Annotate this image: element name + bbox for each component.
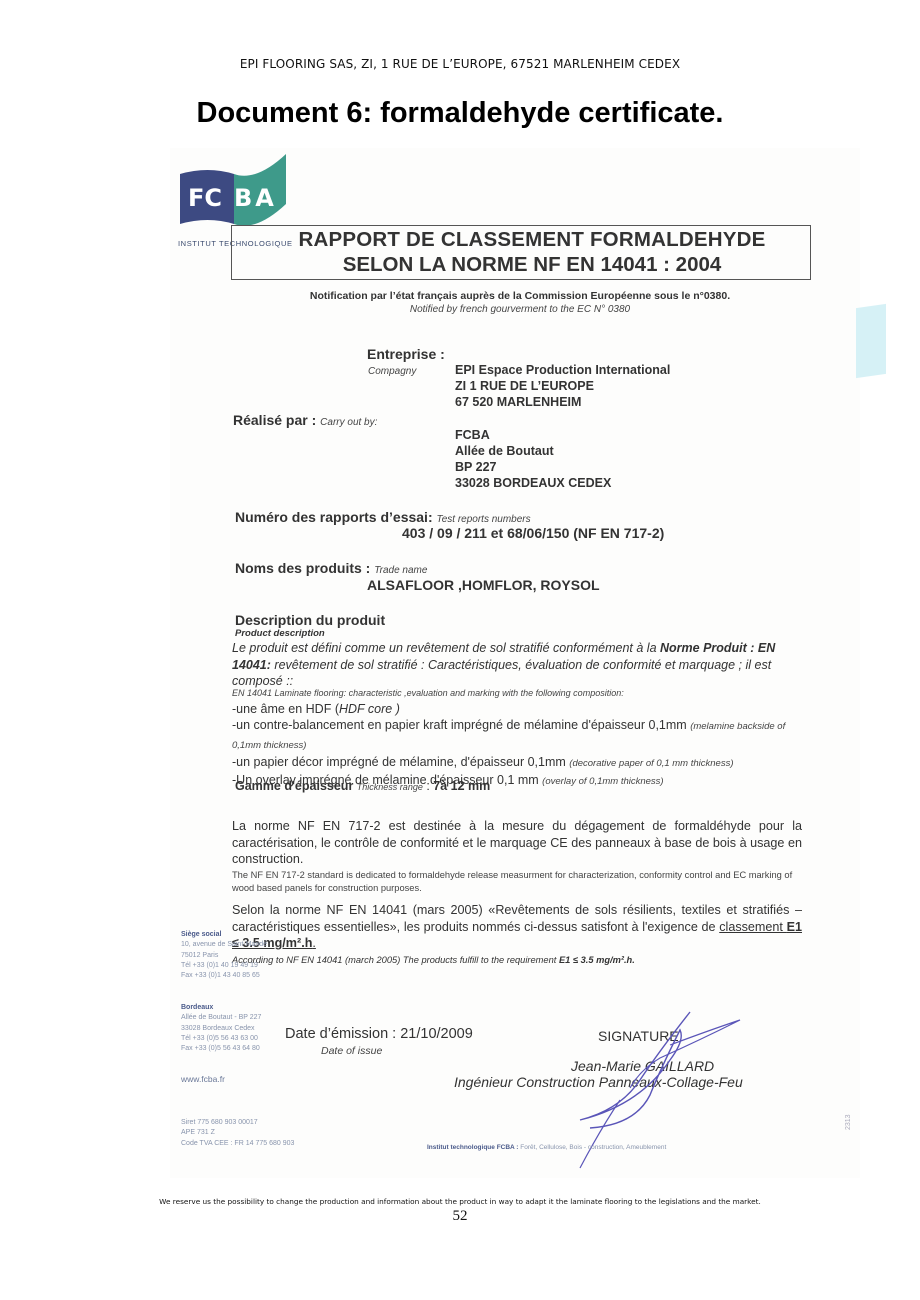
company-name: EPI Espace Production International bbox=[455, 362, 670, 378]
realise-label-en: Carry out by: bbox=[320, 417, 377, 428]
composition-text: -un contre-balancement en papier kraft i… bbox=[232, 718, 690, 732]
products: Noms des produits : Trade name bbox=[235, 560, 427, 576]
realise-label: Réalisé par : bbox=[233, 412, 316, 428]
legal-line: Siret 775 680 903 00017 bbox=[181, 1118, 294, 1128]
entreprise-label: Entreprise : bbox=[367, 346, 445, 362]
siege-line: Tél +33 (0)1 40 19 49 19 bbox=[181, 961, 267, 971]
legal-line: APE 731 Z bbox=[181, 1128, 294, 1138]
institut-footer: Institut technologique FCBA : Forêt, Cel… bbox=[427, 1144, 666, 1151]
test-reports: Numéro des rapports d’essai: Test report… bbox=[235, 509, 531, 525]
thickness-sep: : bbox=[423, 779, 433, 793]
description-text-end: revêtement de sol stratifié : Caractéris… bbox=[232, 658, 771, 689]
bordeaux-line: Fax +33 (0)5 56 43 64 80 bbox=[181, 1044, 261, 1054]
company-address: EPI Espace Production International ZI 1… bbox=[455, 362, 670, 410]
lab-bp: BP 227 bbox=[455, 459, 611, 475]
bordeaux-line: Allée de Boutaut - BP 227 bbox=[181, 1013, 261, 1023]
norm-paragraph-en: The NF EN 717-2 standard is dedicated to… bbox=[232, 869, 804, 894]
bordeaux-line: Tél +33 (0)5 56 43 63 00 bbox=[181, 1034, 261, 1044]
classification-label: classement bbox=[719, 920, 786, 934]
thickness-range: Gamme d'épaisseur Thickness range : 7à 1… bbox=[235, 779, 490, 793]
bordeaux-line: 33028 Bordeaux Cedex bbox=[181, 1024, 261, 1034]
notification-fr: Notification par l’état français auprès … bbox=[230, 290, 810, 302]
classification-en-text: According to NF EN 14041 (march 2005) Th… bbox=[232, 955, 559, 965]
side-code: 2313 bbox=[845, 1114, 852, 1130]
siege-line: Fax +33 (0)1 43 40 85 65 bbox=[181, 971, 267, 981]
composition-text: -un papier décor imprégné de mélamine, d… bbox=[232, 755, 569, 769]
composition-note: (overlay of 0,1mm thickness) bbox=[542, 776, 663, 787]
document-title: Document 6: formaldehyde certificate. bbox=[0, 97, 920, 130]
certificate-title-line2: SELON LA NORME NF EN 14041 : 2004 bbox=[262, 253, 802, 277]
bordeaux-info: Bordeaux Allée de Boutaut - BP 227 33028… bbox=[181, 1003, 261, 1054]
description-paragraph: Le produit est défini comme un revêtemen… bbox=[232, 640, 807, 690]
composition-italic: HDF core bbox=[339, 702, 392, 716]
composition-item: -un papier décor imprégné de mélamine, d… bbox=[232, 754, 812, 772]
company-city: 67 520 MARLENHEIM bbox=[455, 394, 670, 410]
siege-title: Siège social bbox=[181, 930, 267, 940]
entreprise-label-en: Compagny bbox=[368, 366, 416, 377]
composition-note: (decorative paper of 0,1 mm thickness) bbox=[569, 758, 733, 769]
institut-footer-title: Institut technologique FCBA : bbox=[427, 1144, 518, 1151]
institut-footer-text: Forêt, Cellulose, Bois - construction, A… bbox=[518, 1144, 666, 1151]
test-reports-label-en: Test reports numbers bbox=[437, 514, 531, 525]
page-number: 52 bbox=[0, 1208, 920, 1225]
siege-line: 75012 Paris bbox=[181, 951, 267, 961]
classification-en-value: E1 ≤ 3.5 mg/m².h. bbox=[559, 955, 635, 965]
description-title-en: Product description bbox=[235, 628, 325, 639]
thickness-value: 7à 12 mm bbox=[433, 779, 490, 793]
composition-item: -une âme en HDF (HDF core ) bbox=[232, 701, 812, 717]
classification-en: According to NF EN 14041 (march 2005) Th… bbox=[232, 955, 635, 965]
products-value: ALSAFLOOR ,HOMFLOR, ROYSOL bbox=[367, 577, 600, 593]
siege-social-info: Siège social 10, avenue de Saint-Mandé 7… bbox=[181, 930, 267, 981]
thickness-label: Gamme d'épaisseur bbox=[235, 779, 353, 793]
products-label-en: Trade name bbox=[374, 565, 427, 576]
tab-marker bbox=[856, 304, 886, 378]
legal-line: Code TVA CEE : FR 14 775 680 903 bbox=[181, 1139, 294, 1149]
norm-paragraph-fr: La norme NF EN 717-2 est destinée à la m… bbox=[232, 818, 802, 868]
lab-name: FCBA bbox=[455, 427, 611, 443]
bordeaux-title: Bordeaux bbox=[181, 1003, 261, 1013]
description-en: EN 14041 Laminate flooring: characterist… bbox=[232, 688, 624, 698]
test-reports-value: 403 / 09 / 211 et 68/06/150 (NF EN 717-2… bbox=[402, 525, 664, 541]
lab-street: Allée de Boutaut bbox=[455, 443, 611, 459]
description-title: Description du produit bbox=[235, 612, 385, 628]
svg-text:BA: BA bbox=[234, 184, 277, 212]
composition-close: ) bbox=[392, 702, 400, 716]
lab-city: 33028 BORDEAUX CEDEX bbox=[455, 475, 611, 491]
classification-period: . bbox=[312, 936, 316, 950]
lab-address: FCBA Allée de Boutaut BP 227 33028 BORDE… bbox=[455, 427, 611, 491]
test-reports-label: Numéro des rapports d’essai: bbox=[235, 509, 433, 525]
realise-par: Réalisé par : Carry out by: bbox=[233, 412, 377, 428]
issue-date: Date d’émission : 21/10/2009 bbox=[285, 1026, 473, 1042]
composition-list: -une âme en HDF (HDF core ) -un contre-b… bbox=[232, 701, 812, 790]
thickness-label-en: Thickness range bbox=[357, 782, 423, 792]
composition-item: -un contre-balancement en papier kraft i… bbox=[232, 717, 812, 754]
fcba-logo-icon: FC BA bbox=[178, 152, 290, 232]
classification-paragraph: Selon la norme NF EN 14041 (mars 2005) «… bbox=[232, 902, 802, 952]
composition-text: -une âme en HDF ( bbox=[232, 702, 339, 716]
issue-date-en: Date of issue bbox=[321, 1045, 382, 1057]
website-link[interactable]: www.fcba.fr bbox=[181, 1074, 225, 1084]
notification-en: Notified by french gourverment to the EC… bbox=[230, 304, 810, 315]
siege-line: 10, avenue de Saint-Mandé bbox=[181, 940, 267, 950]
description-text: Le produit est défini comme un revêtemen… bbox=[232, 641, 660, 655]
classification-text: Selon la norme NF EN 14041 (mars 2005) «… bbox=[232, 903, 802, 934]
page-header: EPI FLOORING SAS, ZI, 1 RUE DE L’EUROPE,… bbox=[0, 57, 920, 71]
certificate-title-line1: RAPPORT DE CLASSEMENT FORMALDEHYDE bbox=[262, 228, 802, 252]
svg-text:FC: FC bbox=[188, 184, 222, 212]
company-street: ZI 1 RUE DE L’EUROPE bbox=[455, 378, 670, 394]
disclaimer: We reserve us the possibility to change … bbox=[0, 1197, 920, 1206]
legal-info: Siret 775 680 903 00017 APE 731 Z Code T… bbox=[181, 1118, 294, 1149]
products-label: Noms des produits : bbox=[235, 560, 370, 576]
